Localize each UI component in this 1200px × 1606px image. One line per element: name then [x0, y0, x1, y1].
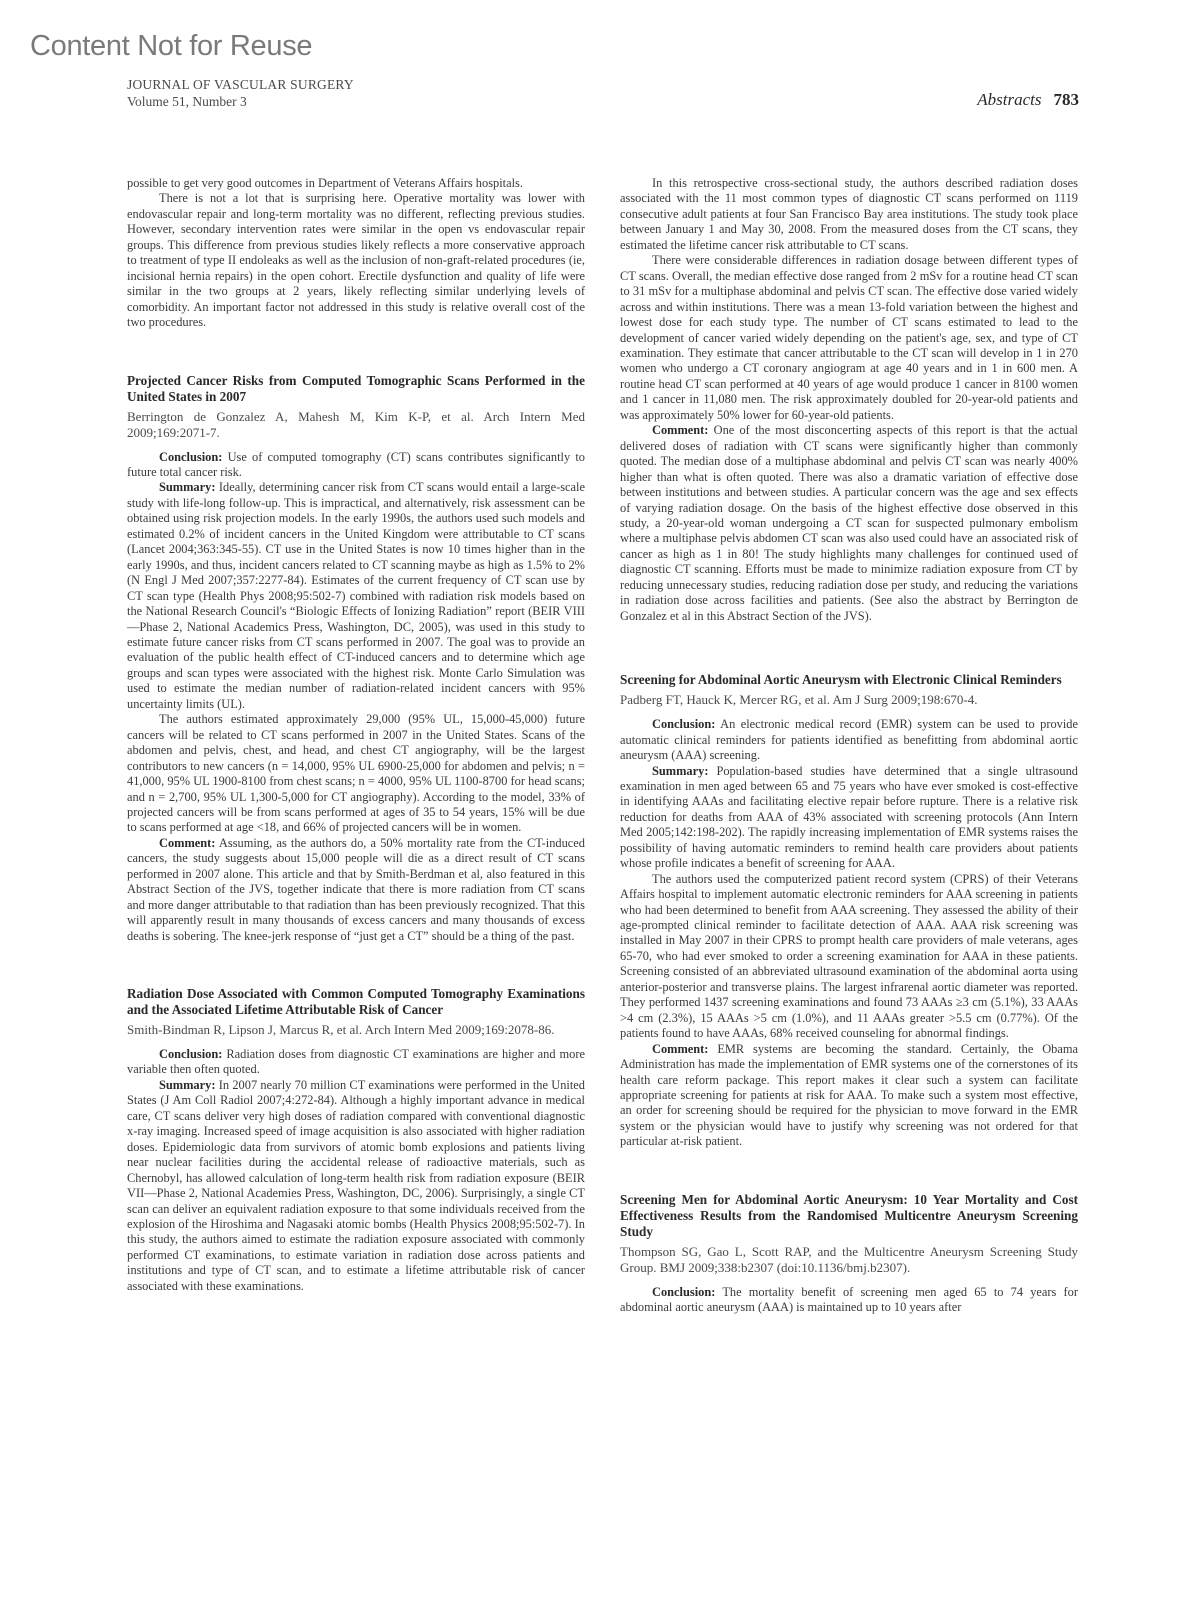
comment-label: Comment:: [652, 1042, 708, 1056]
summary-paragraph: Summary: Population-based studies have d…: [620, 764, 1078, 872]
summary-label: Summary:: [159, 480, 215, 494]
article-ct-cancer-risks: Projected Cancer Risks from Computed Tom…: [127, 373, 585, 945]
conclusion-label: Conclusion:: [159, 1047, 222, 1061]
results-paragraph: The authors used the computerized patien…: [620, 872, 1078, 1042]
comment-paragraph: Comment: EMR systems are becoming the st…: [620, 1042, 1078, 1150]
summary-paragraph: Summary: In 2007 nearly 70 million CT ex…: [127, 1078, 585, 1294]
conclusion-paragraph: Conclusion: Radiation doses from diagnos…: [127, 1047, 585, 1078]
article-aaa-emr-reminders: Screening for Abdominal Aortic Aneurysm …: [620, 672, 1078, 1150]
comment-label: Comment:: [159, 836, 215, 850]
article-aaa-mass-study: Screening Men for Abdominal Aortic Aneur…: [620, 1192, 1078, 1316]
article-citation: Berrington de Gonzalez A, Mahesh M, Kim …: [127, 409, 585, 441]
comment-paragraph: Comment: Assuming, as the authors do, a …: [127, 836, 585, 944]
conclusion-paragraph: Conclusion: Use of computed tomography (…: [127, 450, 585, 481]
paragraph: In this retrospective cross-sectional st…: [620, 176, 1078, 253]
article-title: Screening Men for Abdominal Aortic Aneur…: [620, 1192, 1078, 1240]
conclusion-label: Conclusion:: [652, 1285, 715, 1299]
article-citation: Thompson SG, Gao L, Scott RAP, and the M…: [620, 1244, 1078, 1276]
running-head: JOURNAL OF VASCULAR SURGERY Volume 51, N…: [127, 76, 354, 110]
paragraph: possible to get very good outcomes in De…: [127, 176, 585, 191]
conclusion-paragraph: Conclusion: An electronic medical record…: [620, 717, 1078, 763]
results-paragraph: The authors estimated approximately 29,0…: [127, 712, 585, 836]
comment-text: EMR systems are becoming the standard. C…: [620, 1042, 1078, 1149]
summary-label: Summary:: [652, 764, 708, 778]
summary-label: Summary:: [159, 1078, 215, 1092]
comment-text: Assuming, as the authors do, a 50% morta…: [127, 836, 585, 943]
summary-text: In 2007 nearly 70 million CT examination…: [127, 1078, 585, 1293]
conclusion-label: Conclusion:: [652, 717, 715, 731]
article-citation: Padberg FT, Hauck K, Mercer RG, et al. A…: [620, 692, 1078, 708]
article-title: Screening for Abdominal Aortic Aneurysm …: [620, 672, 1078, 688]
page-number: 783: [1054, 90, 1080, 109]
volume-info: Volume 51, Number 3: [127, 93, 354, 110]
journal-name: JOURNAL OF VASCULAR SURGERY: [127, 76, 354, 93]
comment-label: Comment:: [652, 423, 708, 437]
article-radiation-dose: Radiation Dose Associated with Common Co…: [127, 986, 585, 1294]
article-citation: Smith-Bindman R, Lipson J, Marcus R, et …: [127, 1022, 585, 1038]
left-column: possible to get very good outcomes in De…: [127, 176, 585, 1294]
page-tag: Abstracts 783: [977, 90, 1079, 110]
article-title: Radiation Dose Associated with Common Co…: [127, 986, 585, 1018]
article-title: Projected Cancer Risks from Computed Tom…: [127, 373, 585, 405]
watermark: Content Not for Reuse: [30, 30, 312, 63]
paragraph: There were considerable differences in r…: [620, 253, 1078, 423]
conclusion-paragraph: Conclusion: The mortality benefit of scr…: [620, 1285, 1078, 1316]
paragraph: There is not a lot that is surprising he…: [127, 191, 585, 330]
summary-paragraph: Summary: Ideally, determining cancer ris…: [127, 480, 585, 712]
conclusion-label: Conclusion:: [159, 450, 222, 464]
summary-text: Ideally, determining cancer risk from CT…: [127, 480, 585, 710]
section-name: Abstracts: [977, 90, 1041, 109]
right-column: In this retrospective cross-sectional st…: [620, 176, 1078, 1316]
comment-paragraph: Comment: One of the most disconcerting a…: [620, 423, 1078, 624]
comment-text: One of the most disconcerting aspects of…: [620, 423, 1078, 622]
summary-text: Population-based studies have determined…: [620, 764, 1078, 871]
